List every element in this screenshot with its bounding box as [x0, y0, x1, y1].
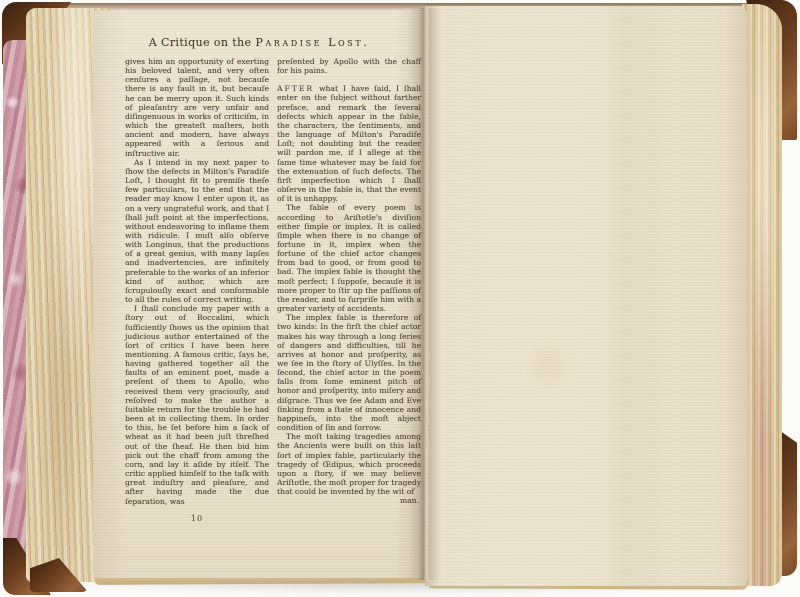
paragraph: The implex fable is therefore of two kin… — [277, 313, 421, 432]
left-page: A Critique on the Paradise Lost. gives h… — [93, 10, 425, 578]
paragraph-opener: AFTER — [277, 84, 314, 93]
running-head: A Critique on the Paradise Lost. — [93, 36, 425, 49]
paragraph: The fable of every poem is according to … — [277, 203, 421, 313]
column-right: preſented by Apollo with the chaff for h… — [277, 57, 421, 506]
paragraph: I ſhall conclude my paper with a ſtory o… — [125, 304, 269, 505]
photo-backdrop: A Critique on the Paradise Lost. gives h… — [0, 0, 800, 597]
page-number: 10 — [125, 514, 269, 523]
column-left: gives him an opportunity of exerting his… — [125, 57, 269, 506]
paragraph: The moſt taking tragedies among the Anci… — [277, 432, 421, 496]
paragraph: As I intend in my next paper to ſhow the… — [125, 158, 269, 305]
catchword: man. — [277, 496, 421, 505]
running-head-title: Paradise Lost. — [255, 36, 369, 49]
paragraph: preſented by Apollo with the chaff for h… — [277, 57, 421, 75]
paragraph: AFTER what I have ſaid, I ſhall enter on… — [277, 84, 421, 203]
paragraph-body: what I have ſaid, I ſhall enter on the ſ… — [277, 84, 421, 203]
paragraph: gives him an opportunity of exerting his… — [125, 57, 269, 158]
right-fore-edge-pages — [742, 4, 782, 586]
running-head-prefix: A Critique on the — [149, 36, 252, 49]
open-antique-book: A Critique on the Paradise Lost. gives h… — [0, 0, 800, 597]
right-page-blank — [425, 6, 747, 586]
text-columns: gives him an opportunity of exerting his… — [93, 49, 425, 506]
